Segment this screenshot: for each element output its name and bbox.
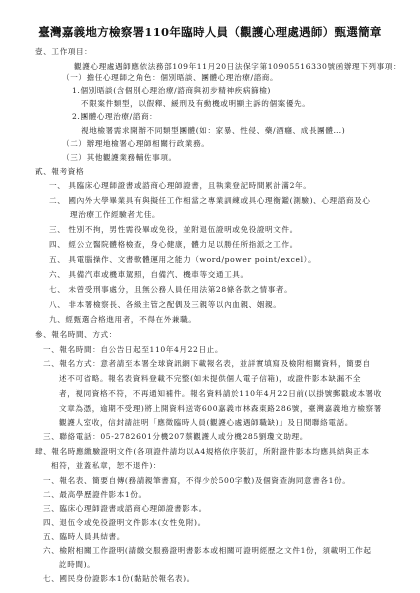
sub-item: 2.團體心理治療/諮商：: [72, 112, 157, 122]
sub-item-detail: 視地檢署需求開辦不同類型團體(如：家暴、性侵、藥/酒癮、成長團體…): [81, 126, 345, 136]
list-item: 二、報名方式：意者請至本署全球資訊網下載報名表，並詳實填寫及檢附相關資料，簡要自: [43, 359, 371, 369]
sub-item-detail: 不限案件類型，以假釋、緩刑及有動機或明顯主訴的個案優先。: [81, 99, 310, 109]
list-item-cont: 訖時間)。: [59, 560, 95, 570]
list-item: 四、退伍令或免役證明文件影本(女性免附)。: [43, 518, 206, 528]
section-heading-documents: 肆、報名時應繳驗證明文件(各項證件請均以A4規格依序裝訂，所附證件影本均應具結與…: [35, 447, 370, 457]
list-item: 九、經甄選合格進用者，不得在外兼職。: [49, 315, 197, 325]
section-heading-qualifications: 貳、報考資格: [35, 167, 84, 177]
sub-item: （一）擔任心理師之角色：個別晤談、團體心理治療/諮商。: [62, 73, 278, 83]
list-item: 一、報名時間：自公告日起至110年4月22日止。: [43, 345, 223, 355]
list-item-cont: 理治療工作經驗者尤佳。: [70, 210, 160, 220]
document-page: 臺灣嘉義地方檢察署110年臨時人員（觀護心理處遇師）甄選簡章 壹、工作項目： 觀…: [0, 0, 420, 593]
list-item: 八、 非本署檢察長、各級主管之配偶及三親等以內血親、姻親。: [49, 300, 281, 310]
list-item: 二、最高學歷證件影本1份。: [43, 490, 147, 500]
sub-item: （二）辦理地檢署心理師相關行政業務。: [62, 139, 210, 149]
list-item: 一、 具臨床心理師證書或諮商心理師證書，且執業登記時間累計滿2年。: [49, 181, 311, 191]
section-heading-work-items: 壹、工作項目：: [35, 47, 92, 57]
list-item: 七、國民身份證影本1份(黏貼於報名表)。: [43, 574, 195, 584]
list-item-cont: 文章為憑，逾期不受理)將上開資料送寄600嘉義市林森東路286號，臺灣嘉義地方檢…: [59, 404, 382, 414]
list-item: 三、臨床心理師證書或諮商心理師證書影本。: [43, 504, 207, 514]
list-item: 七、 未曾受刑事處分，且無公務人員任用法第28條各款之情事者。: [49, 285, 292, 295]
sub-item: （三）其他觀護業務輔佐事項。: [62, 153, 177, 163]
list-item-cont: 者，視同資格不符，不再通知補件。報名資料請於110年4月22日前(以掛號郵戳或本…: [59, 389, 382, 399]
section-heading-registration: 參、報名時間、方式：: [35, 330, 117, 340]
list-item: 三、 性別不拘，男性需役畢或免役，並附退伍證明或免役證明文件。: [49, 225, 298, 235]
list-item-cont: 述不可省略。報名表資料登載不完整(如未提供個人電子信箱)，或證件影本缺漏不全: [59, 374, 361, 384]
contact-phone: 三、聯絡電話：05-2782601分機207蔡觀護人或分機285劉瓊文助理。: [43, 432, 308, 442]
list-item: 一、報名表、簡要自傳(務請親筆書寫，不得少於500字數)及個資查詢同意書各1份。: [43, 476, 350, 486]
list-item: 六、 具備汽車或機車駕照，自備汽、機車等交通工具。: [49, 270, 249, 280]
page-title: 臺灣嘉義地方檢察署110年臨時人員（觀護心理處遇師）甄選簡章: [0, 24, 420, 40]
section-heading-cont: 相符，並蓋私章，恕不退件)：: [51, 461, 161, 471]
list-item: 四、 經公立醫院體格檢查，身心健康，體力足以勝任所指派之工作。: [49, 240, 298, 250]
sub-item: 1.個別晤談(含個別心理治療/諮商與初步精神疾病篩檢): [72, 86, 271, 96]
list-item-cont: 觀護人室收，信封請註明「應徵臨時人員(觀護心處遇師職缺)」及日間聯絡電話。: [59, 418, 353, 428]
list-item: 二、 國內外大學畢業具有與擬任工作相當之專業訓練或具心理衡鑑(測驗)、心理諮商及…: [49, 196, 371, 206]
list-item: 六、檢附相關工作證明(請繳交服務證明書影本或相關可證明經歷之文件1份，須載明工作…: [43, 546, 372, 556]
list-item: 五、臨時人員具結書。: [43, 532, 125, 542]
section-intro: 觀護心理處遇師應依法務部109年11月20日法保字第10905516330號函辦…: [74, 62, 401, 72]
list-item: 五、 具電腦操作、文書軟體運用之能力（word/power point/exce…: [49, 255, 316, 265]
